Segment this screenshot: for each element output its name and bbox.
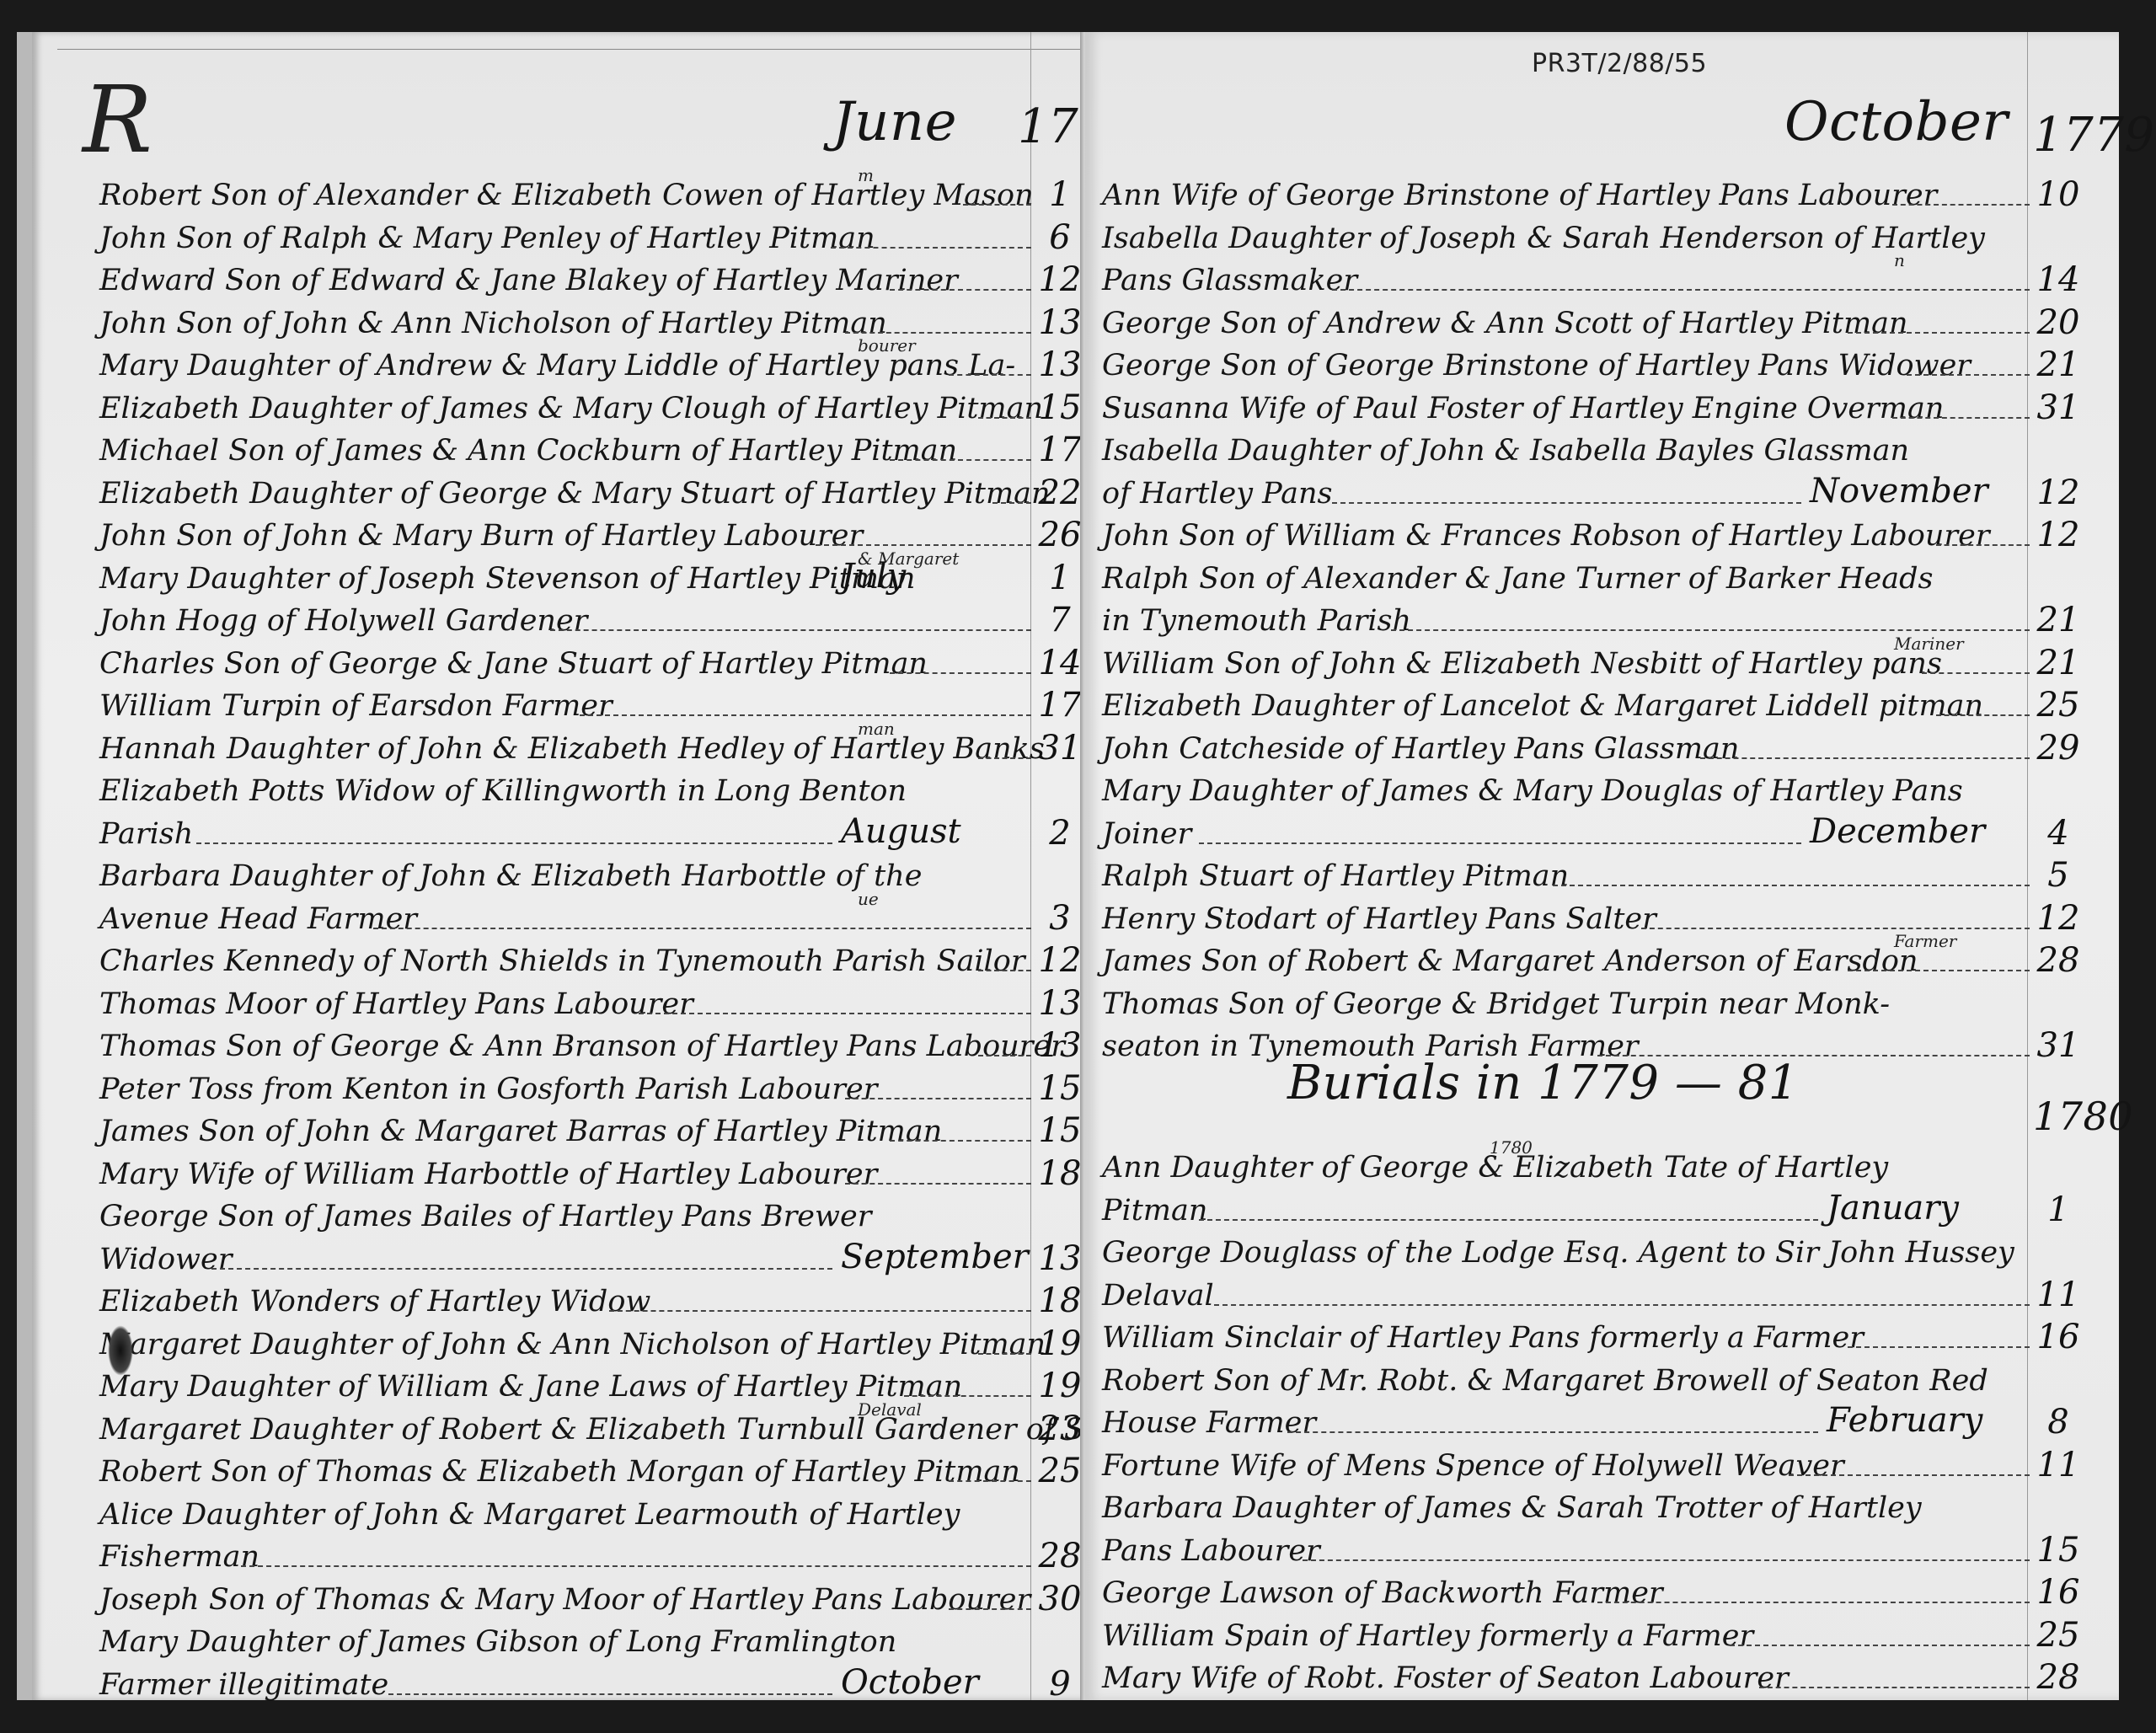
day-number: 15: [1035, 1069, 1085, 1108]
leader-line: [845, 1183, 1031, 1185]
register-entry: WidowerSeptember13: [32, 1238, 1100, 1281]
entry-text: William Sinclair of Hartley Pans formerl…: [1102, 1321, 1864, 1355]
leader-line: [1332, 289, 2030, 291]
entry-text: Barbara Daughter of John & Elizabeth Har…: [99, 859, 922, 893]
register-entry: Ralph Son of Alexander & Jane Turner of …: [1085, 557, 2119, 601]
leader-line: [978, 1353, 1032, 1355]
entry-text: Mary Daughter of Joseph Stevenson of Har…: [99, 562, 915, 596]
register-entry: John Son of John & Ann Nicholson of Hart…: [32, 302, 1100, 345]
register-entry: Margaret Daughter of Robert & Elizabeth …: [32, 1408, 1100, 1452]
register-entry: Ann Wife of George Brinstone of Hartley …: [1085, 174, 2119, 217]
entry-text: Thomas Son of George & Ann Branson of Ha…: [99, 1030, 1065, 1063]
leader-line: [831, 247, 1032, 249]
burial-entry: House FarmerFebruary8: [1085, 1401, 2119, 1445]
register-entry: Mary Daughter of Andrew & Mary Liddle of…: [32, 344, 1100, 388]
entry-text: Fisherman: [99, 1540, 259, 1574]
leader-line: [1303, 1559, 2030, 1561]
register-entry: Elizabeth Wonders of Hartley Widow18: [32, 1280, 1100, 1324]
day-number: 17: [1035, 686, 1085, 725]
entry-text: Isabella Daughter of John & Isabella Bay…: [1102, 434, 1909, 468]
day-number: 13: [1035, 303, 1085, 342]
leader-line: [388, 1693, 833, 1695]
entry-text: Henry Stodart of Hartley Pans Salter: [1102, 902, 1656, 936]
register-entry: Mary Daughter of William & Jane Laws of …: [32, 1365, 1100, 1409]
top-rule: [57, 49, 1083, 50]
entry-text: Farmer illegitimate: [99, 1668, 388, 1702]
entry-text: Peter Toss from Kenton in Gosforth Paris…: [99, 1072, 877, 1106]
register-entry: James Son of John & Margaret Barras of H…: [32, 1110, 1100, 1153]
leader-line: [1332, 502, 1802, 504]
entry-text: Ralph Stuart of Hartley Pitman: [1102, 859, 1569, 893]
leader-line: [1907, 374, 2030, 376]
leader-line: [978, 1055, 1032, 1056]
leader-line: [904, 1395, 1031, 1397]
day-number: 28: [2033, 1658, 2084, 1697]
burial-entry: William Spain of Hartley formerly a Farm…: [1085, 1614, 2119, 1658]
register-entry: Elizabeth Daughter of James & Mary Cloug…: [32, 387, 1100, 431]
leader-line: [609, 1310, 1031, 1312]
entry-text: Elizabeth Wonders of Hartley Widow: [99, 1285, 650, 1318]
day-number: 28: [2033, 941, 2084, 980]
leader-line: [949, 1608, 1032, 1610]
day-number: 23: [1035, 1409, 1085, 1448]
entry-text: Ralph Son of Alexander & Jane Turner of …: [1102, 562, 1933, 596]
burial-entry: Delaval11: [1085, 1274, 2119, 1318]
interlined-correction: Delaval: [858, 1399, 922, 1420]
leader-line: [1892, 417, 2030, 419]
day-number: 6: [1035, 218, 1085, 257]
entry-text: Thomas Moor of Hartley Pans Labourer: [99, 987, 693, 1021]
entry-text: Mary Wife of William Harbottle of Hartle…: [99, 1158, 877, 1191]
entry-text: Margaret Daughter of Robert & Elizabeth …: [99, 1413, 1168, 1447]
burial-entry: George Douglass of the Lodge Esq. Agent …: [1085, 1231, 2119, 1275]
burial-entry: PitmanJanuary1: [1085, 1189, 2119, 1233]
register-entry: JoinerDecember4: [1085, 812, 2119, 856]
leader-line: [978, 970, 1032, 971]
entry-text: Robert Son of Alexander & Elizabeth Cowe…: [99, 179, 1034, 212]
entry-text: House Farmer: [1102, 1406, 1316, 1440]
register-entry: William Turpin of Earsdon Farmer17: [32, 684, 1100, 728]
entry-text: Mary Wife of Robt. Foster of Seaton Labo…: [1102, 1661, 1789, 1695]
leader-line: [1287, 1431, 1818, 1433]
register-entry: Isabella Daughter of Joseph & Sarah Hend…: [1085, 217, 2119, 260]
leader-line: [963, 204, 1031, 206]
day-number: 1: [1035, 559, 1085, 597]
day-number: 3: [1035, 899, 1085, 938]
entry-text: George Son of Andrew & Ann Scott of Hart…: [1102, 307, 1908, 340]
day-number: 13: [1035, 1239, 1085, 1278]
burial-entry: William Sinclair of Hartley Pans formerl…: [1085, 1316, 2119, 1360]
day-number: 15: [1035, 388, 1085, 427]
left-page: R June 1779 Robert Son of Alexander & El…: [17, 32, 1100, 1700]
day-number: 25: [1035, 1452, 1085, 1490]
leader-line: [550, 629, 1031, 631]
register-entry: of Hartley PansNovember12: [1085, 472, 2119, 516]
entry-text: George Douglass of the Lodge Esq. Agent …: [1102, 1236, 2014, 1270]
entry-text: George Son of George Brinstone of Hartle…: [1102, 349, 1971, 382]
register-entry: Charles Kennedy of North Shields in Tyne…: [32, 939, 1100, 983]
leader-line: [1789, 1474, 2030, 1476]
register-entry: William Son of John & Elizabeth Nesbitt …: [1085, 642, 2119, 686]
day-number: 25: [2033, 1616, 2084, 1655]
burial-entry: Ann Daughter of George & Elizabeth Tate …: [1085, 1146, 2119, 1190]
register-entry: Michael Son of James & Ann Cockburn of H…: [32, 429, 1100, 473]
leader-line: [1892, 204, 2030, 206]
day-number: 12: [2033, 473, 2084, 512]
entry-text: in Tynemouth Parish: [1102, 604, 1411, 638]
leader-line: [1759, 1687, 2030, 1688]
entry-text: Charles Son of George & Jane Stuart of H…: [99, 647, 928, 681]
entry-text: William Son of John & Elizabeth Nesbitt …: [1102, 647, 1942, 681]
entry-text: Avenue Head Farmer: [99, 902, 417, 936]
interlined-correction: m: [858, 165, 874, 185]
page-initial: R: [83, 66, 152, 174]
burials-year-margin: 1780: [2033, 1094, 2133, 1139]
entry-text: Robert Son of Thomas & Elizabeth Morgan …: [99, 1455, 1020, 1489]
leader-line: [890, 672, 1032, 674]
register-entry: James Son of Robert & Margaret Anderson …: [1085, 939, 2119, 983]
leader-line: [1848, 1346, 2030, 1348]
entry-text: Parish: [99, 817, 193, 851]
leader-line: [978, 417, 1032, 419]
register-entry: Fisherman28: [32, 1535, 1100, 1579]
entry-text: Pans Glassmaker: [1102, 264, 1357, 297]
day-number: 17: [1035, 431, 1085, 469]
leader-line: [890, 289, 1032, 291]
day-number: 26: [1035, 516, 1085, 554]
entry-text: Elizabeth Daughter of James & Mary Cloug…: [99, 392, 1043, 425]
leader-line: [241, 1565, 1032, 1567]
leader-line: [978, 757, 1032, 759]
entry-text: Charles Kennedy of North Shields in Tyne…: [99, 944, 1025, 978]
day-number: 2: [1035, 814, 1085, 853]
burial-entry: Pans Labourer15: [1085, 1529, 2119, 1573]
day-number: 29: [2033, 729, 2084, 768]
day-number: 13: [1035, 345, 1085, 384]
leader-line: [949, 1480, 1032, 1482]
entry-text: Robert Son of Mr. Robt. & Margaret Browe…: [1102, 1364, 1988, 1398]
day-number: 10: [2033, 175, 2084, 214]
leader-line: [992, 502, 1031, 504]
entry-text: John Son of Ralph & Mary Penley of Hartl…: [99, 222, 875, 255]
day-number: 12: [1035, 260, 1085, 299]
day-number: 8: [2033, 1403, 2084, 1441]
register-entry: Mary Daughter of James Gibson of Long Fr…: [32, 1620, 1100, 1664]
entry-text: William Spain of Hartley formerly a Farm…: [1102, 1619, 1753, 1653]
entry-text: John Hogg of Holywell Gardener: [99, 604, 587, 638]
entry-text: James Son of John & Margaret Barras of H…: [99, 1115, 942, 1148]
burial-entry: George Lawson of Backworth Farmer16: [1085, 1571, 2119, 1615]
register-entry: Mary Wife of William Harbottle of Hartle…: [32, 1153, 1100, 1196]
entry-text: Widower: [99, 1243, 232, 1276]
register-entry: Edward Son of Edward & Jane Blakey of Ha…: [32, 259, 1100, 302]
day-number: 7: [1035, 601, 1085, 639]
leader-line: [373, 928, 1031, 929]
day-number: 4: [2033, 814, 2084, 853]
register-entry: Susanna Wife of Paul Foster of Hartley E…: [1085, 387, 2119, 431]
day-number: 16: [2033, 1573, 2084, 1612]
leader-line: [1848, 970, 2030, 971]
entry-text: John Son of William & Frances Robson of …: [1102, 519, 1990, 553]
entry-text: Margaret Daughter of John & Ann Nicholso…: [99, 1328, 1046, 1361]
open-register-book: R June 1779 Robert Son of Alexander & El…: [17, 32, 2119, 1700]
entry-text: Susanna Wife of Paul Foster of Hartley E…: [1102, 392, 1944, 425]
interlined-correction: Farmer: [1894, 931, 1956, 951]
interlined-correction: bourer: [858, 335, 916, 356]
day-number: 19: [1035, 1324, 1085, 1363]
day-number: 16: [2033, 1318, 2084, 1356]
entry-text: Isabella Daughter of Joseph & Sarah Hend…: [1102, 222, 1985, 255]
day-number: 28: [1035, 1537, 1085, 1575]
register-entry: Thomas Son of George & Ann Branson of Ha…: [32, 1024, 1100, 1068]
entry-text: George Son of James Bailes of Hartley Pa…: [99, 1200, 871, 1233]
interlined-correction: 1780: [1490, 1137, 1533, 1158]
register-entry: Joseph Son of Thomas & Mary Moor of Hart…: [32, 1578, 1100, 1622]
leader-line: [1922, 672, 2030, 674]
day-number: 15: [2033, 1531, 2084, 1570]
leader-line: [1597, 1602, 2030, 1603]
month-label: September: [841, 1238, 1029, 1276]
register-entry: John Hogg of Holywell Gardener7: [32, 599, 1100, 643]
leader-line: [580, 714, 1031, 716]
entry-text: John Son of John & Mary Burn of Hartley …: [99, 519, 863, 553]
entry-text: Elizabeth Daughter of George & Mary Stua…: [99, 477, 1051, 511]
entry-text: Pitman: [1102, 1194, 1207, 1228]
register-entry: Mary Daughter of James & Mary Douglas of…: [1085, 769, 2119, 813]
day-number: 12: [1035, 941, 1085, 980]
day-number: 1: [1035, 175, 1085, 214]
register-entry: Ralph Stuart of Hartley Pitman5: [1085, 854, 2119, 898]
day-number: 20: [2033, 303, 2084, 342]
register-entry: Hannah Daughter of John & Elizabeth Hedl…: [32, 727, 1100, 771]
day-number: 19: [1035, 1367, 1085, 1405]
entry-text: Elizabeth Potts Widow of Killingworth in…: [99, 774, 907, 808]
day-number: 21: [2033, 601, 2084, 639]
leader-line: [1199, 842, 1801, 844]
register-entry: Thomas Moor of Hartley Pans Labourer13: [32, 982, 1100, 1026]
leader-line: [1848, 332, 2030, 334]
register-entry: Pans Glassmakern14: [1085, 259, 2119, 302]
day-number: 14: [1035, 644, 1085, 682]
entry-text: Ann Wife of George Brinstone of Hartley …: [1102, 179, 1937, 212]
register-entry: Mary Daughter of Joseph Stevenson of Har…: [32, 557, 1100, 601]
day-number: 30: [1035, 1580, 1085, 1618]
day-number: 11: [2033, 1276, 2084, 1314]
day-number: 9: [1035, 1665, 1085, 1704]
day-number: 14: [2033, 260, 2084, 299]
month-label: October: [841, 1663, 979, 1702]
interlined-correction: man: [858, 719, 895, 739]
register-entry: George Son of James Bailes of Hartley Pa…: [32, 1195, 1100, 1238]
entry-text: Pans Labourer: [1102, 1534, 1320, 1568]
day-number: 18: [1035, 1154, 1085, 1193]
entry-text: Joseph Son of Thomas & Mary Moor of Hart…: [99, 1583, 1030, 1617]
entry-text: Hannah Daughter of John & Elizabeth Hedl…: [99, 732, 1045, 766]
register-entry: John Catcheside of Hartley Pans Glassman…: [1085, 727, 2119, 771]
register-entry: Charles Son of George & Jane Stuart of H…: [32, 642, 1100, 686]
leader-line: [890, 1140, 1032, 1142]
leader-line: [949, 374, 1032, 376]
register-entry: Avenue Head Farmerue3: [32, 897, 1100, 941]
entry-text: Mary Daughter of James Gibson of Long Fr…: [99, 1625, 896, 1659]
register-entry: Alice Daughter of John & Margaret Learmo…: [32, 1493, 1100, 1537]
register-entry: Henry Stodart of Hartley Pans Salter12: [1085, 897, 2119, 941]
register-entry: Barbara Daughter of John & Elizabeth Har…: [32, 854, 1100, 898]
register-entry: Margaret Daughter of John & Ann Nicholso…: [32, 1323, 1100, 1367]
right-page: PR3T/2/88/55 October 1779 Ann Wife of Ge…: [1085, 32, 2119, 1700]
entry-text: Mary Daughter of James & Mary Douglas of…: [1102, 774, 1963, 808]
entry-text: Joiner: [1102, 817, 1191, 851]
day-number: 12: [2033, 516, 2084, 554]
day-number: 21: [2033, 644, 2084, 682]
leader-line: [1641, 928, 2030, 929]
burial-entry: Robert Son of Mr. Robt. & Margaret Browe…: [1085, 1359, 2119, 1403]
burial-entry: Barbara Daughter of James & Sarah Trotte…: [1085, 1486, 2119, 1530]
leader-line: [890, 459, 1032, 461]
day-number: 31: [2033, 1026, 2084, 1065]
entry-text: Barbara Daughter of James & Sarah Trotte…: [1102, 1491, 1922, 1525]
register-entry: John Son of William & Frances Robson of …: [1085, 514, 2119, 558]
register-entry: Robert Son of Alexander & Elizabeth Cowe…: [32, 174, 1100, 217]
day-number: 12: [2033, 899, 2084, 938]
register-entry: Elizabeth Potts Widow of Killingworth in…: [32, 769, 1100, 813]
month-label: February: [1827, 1401, 1982, 1440]
interlined-correction: n: [1894, 250, 1905, 270]
month-label: July: [841, 557, 906, 596]
leader-line: [845, 332, 1031, 334]
register-entry: Thomas Son of George & Bridget Turpin ne…: [1085, 982, 2119, 1026]
entry-text: William Turpin of Earsdon Farmer: [99, 689, 613, 723]
day-number: 31: [1035, 729, 1085, 768]
entry-text: Edward Son of Edward & Jane Blakey of Ha…: [99, 264, 958, 297]
register-entry: Elizabeth Daughter of George & Mary Stua…: [32, 472, 1100, 516]
register-entry: Robert Son of Thomas & Elizabeth Morgan …: [32, 1450, 1100, 1494]
entry-text: George Lawson of Backworth Farmer: [1102, 1576, 1663, 1610]
interlined-correction: ue: [858, 889, 879, 909]
day-number: 18: [1035, 1281, 1085, 1320]
entry-text: John Son of John & Ann Nicholson of Hart…: [99, 307, 887, 340]
entry-text: Fortune Wife of Mens Spence of Holywell …: [1102, 1449, 1844, 1483]
leader-line: [1199, 1219, 1818, 1221]
month-label: December: [1810, 812, 1985, 851]
day-number: 11: [2033, 1446, 2084, 1484]
day-number: 15: [1035, 1111, 1085, 1150]
leader-line: [1936, 714, 2030, 716]
ink-blot: [108, 1325, 133, 1376]
register-entry: Elizabeth Daughter of Lancelot & Margare…: [1085, 684, 2119, 728]
burials-heading: Burials in 1779 — 81: [1287, 1056, 1799, 1110]
burial-entry: Mary Wife of Robt. Foster of Seaton Labo…: [1085, 1656, 2119, 1700]
leader-line: [845, 1098, 1031, 1099]
heading-year: 1779: [2033, 108, 2155, 163]
archive-reference: PR3T/2/88/55: [1532, 49, 1707, 78]
entry-text: Delaval: [1102, 1279, 1214, 1313]
day-number: 22: [1035, 473, 1085, 512]
day-number: 1: [2033, 1190, 2084, 1229]
day-number: 13: [1035, 1026, 1085, 1065]
month-label: November: [1810, 472, 1988, 511]
leader-line: [211, 1268, 833, 1270]
register-entry: ParishAugust2: [32, 812, 1100, 856]
register-entry: George Son of Andrew & Ann Scott of Hart…: [1085, 302, 2119, 345]
day-number: 21: [2033, 345, 2084, 384]
entry-text: John Catcheside of Hartley Pans Glassman: [1102, 732, 1739, 766]
entry-text: Thomas Son of George & Bridget Turpin ne…: [1102, 987, 1890, 1021]
register-entry: Isabella Daughter of John & Isabella Bay…: [1085, 429, 2119, 473]
leader-line: [1730, 1645, 2030, 1646]
heading-month: June: [832, 91, 957, 153]
month-label: January: [1827, 1189, 1959, 1228]
entry-text: of Hartley Pans: [1102, 477, 1333, 511]
leader-line: [816, 544, 1031, 546]
register-entry: George Son of George Brinstone of Hartle…: [1085, 344, 2119, 388]
leader-line: [1700, 757, 2030, 759]
entry-text: James Son of Robert & Margaret Anderson …: [1102, 944, 1918, 978]
burial-entry: Fortune Wife of Mens Spence of Holywell …: [1085, 1444, 2119, 1488]
interlined-correction: Mariner: [1894, 634, 1964, 654]
leader-line: [1214, 1304, 2030, 1306]
day-number: 31: [2033, 388, 2084, 427]
entry-text: Alice Daughter of John & Margaret Learmo…: [99, 1498, 960, 1532]
leader-line: [1936, 544, 2030, 546]
day-number: 13: [1035, 984, 1085, 1023]
entry-text: Michael Son of James & Ann Cockburn of H…: [99, 434, 957, 468]
leader-line: [1553, 885, 2030, 886]
day-number: 25: [2033, 686, 2084, 725]
register-entry: John Son of Ralph & Mary Penley of Hartl…: [32, 217, 1100, 260]
leader-line: [1391, 629, 2030, 631]
day-number: 5: [2033, 856, 2084, 895]
register-entry: Farmer illegitimateOctober9: [32, 1663, 1100, 1707]
entry-text: Elizabeth Daughter of Lancelot & Margare…: [1102, 689, 1983, 723]
entry-text: Mary Daughter of William & Jane Laws of …: [99, 1370, 962, 1404]
leader-line: [196, 842, 832, 844]
heading-month: October: [1784, 91, 2009, 153]
register-entry: Peter Toss from Kenton in Gosforth Paris…: [32, 1067, 1100, 1111]
month-label: August: [841, 812, 961, 851]
leader-line: [639, 1013, 1031, 1014]
